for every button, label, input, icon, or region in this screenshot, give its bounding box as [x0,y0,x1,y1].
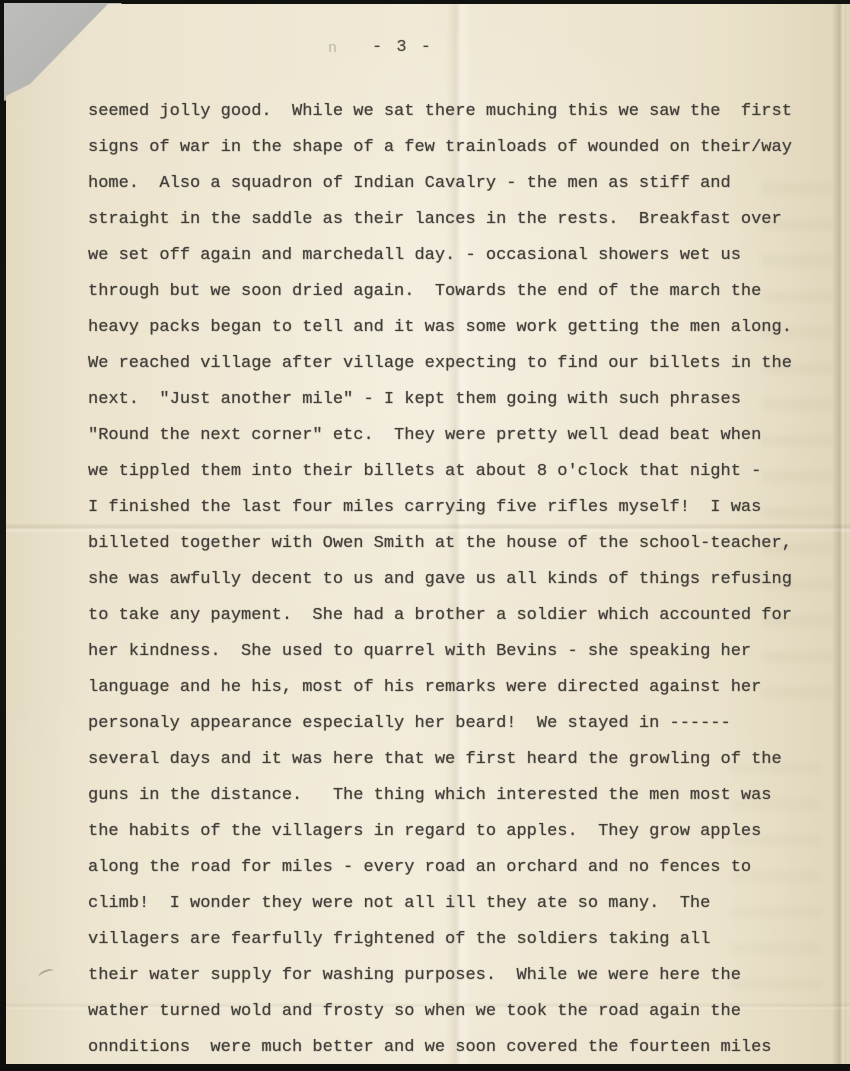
text-line: home. Also a squadron of Indian Cavalry … [88,166,830,202]
text-line: the habits of the villagers in regard to… [88,814,830,850]
text-line: signs of war in the shape of a few train… [88,130,830,166]
text-line: several days and it was here that we fir… [88,742,830,778]
text-line: next. "Just another mile" - I kept them … [88,382,830,418]
text-line: straight in the saddle as their lances i… [88,202,830,238]
text-line: wather turned wold and frosty so when we… [88,994,830,1030]
document-page: n - 3 - seemed jolly good. While we sat … [6,4,850,1064]
text-line: seemed jolly good. While we sat there mu… [88,94,830,130]
text-line: onnditions were much better and we soon … [88,1030,830,1066]
scanned-letter-photo: n - 3 - seemed jolly good. While we sat … [0,0,850,1071]
text-line: through but we soon dried again. Towards… [88,274,830,310]
typewritten-text: seemed jolly good. While we sat there mu… [88,94,830,1066]
text-line: guns in the distance. The thing which in… [88,778,830,814]
text-line: I finished the last four miles carrying … [88,490,830,526]
text-line: "Round the next corner" etc. They were p… [88,418,830,454]
text-line: along the road for miles - every road an… [88,850,830,886]
text-line: language and he his, most of his remarks… [88,670,830,706]
faint-typewriter-mark: n [328,40,337,57]
page-number: - 3 - [372,38,433,57]
text-line: we tippled them into their billets at ab… [88,454,830,490]
text-line: her kindness. She used to quarrel with B… [88,634,830,670]
text-line: billeted together with Owen Smith at the… [88,526,830,562]
text-line: personaly appearance especially her bear… [88,706,830,742]
text-line: climb! I wonder they were not all ill th… [88,886,830,922]
text-line: We reached village after village expecti… [88,346,830,382]
text-line: she was awfully decent to us and gave us… [88,562,830,598]
text-line: their water supply for washing purposes.… [88,958,830,994]
text-line: we set off again and marchedall day. - o… [88,238,830,274]
text-line: heavy packs began to tell and it was som… [88,310,830,346]
text-line: to take any payment. She had a brother a… [88,598,830,634]
right-edge-crease [832,4,846,1064]
pencil-mark [37,968,55,981]
text-line: villagers are fearfully frightened of th… [88,922,830,958]
